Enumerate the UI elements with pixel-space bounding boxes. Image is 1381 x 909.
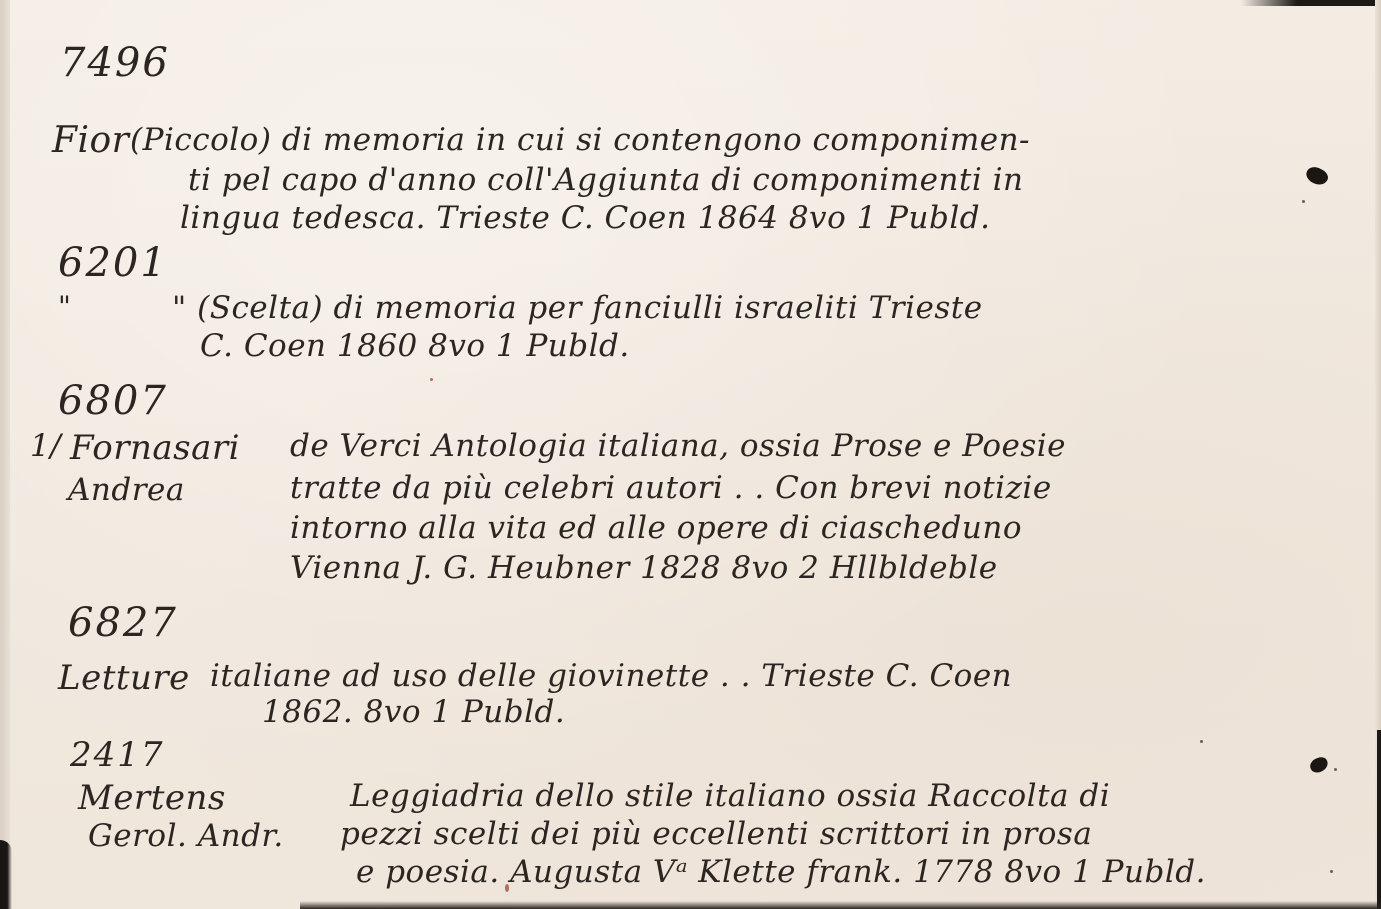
ink-speck — [1334, 768, 1337, 771]
catalog-card: 7496 Fior (Piccolo) di memoria in cui si… — [0, 0, 1381, 909]
entry-imprint-line: e poesia. Augusta Vᵃ Klette frank. 1778 … — [356, 854, 1206, 890]
ink-speck — [1200, 740, 1203, 743]
ink-speck — [1302, 200, 1305, 203]
ink-speck — [430, 378, 433, 381]
entry-title-line: Leggiadria dello stile italiano ossia Ra… — [350, 778, 1110, 814]
shelf-number: 2417 — [70, 735, 165, 775]
ink-speck — [1330, 870, 1333, 873]
catalog-entry-2417: 2417 Mertens Gerol. Andr. Leggiadria del… — [0, 0, 1381, 909]
entry-author-firstname: Gerol. Andr. — [88, 818, 284, 854]
entry-title-line: pezzi scelti dei più eccellenti scrittor… — [340, 816, 1092, 852]
ink-speck — [505, 884, 509, 892]
entry-author: Mertens — [78, 778, 226, 818]
